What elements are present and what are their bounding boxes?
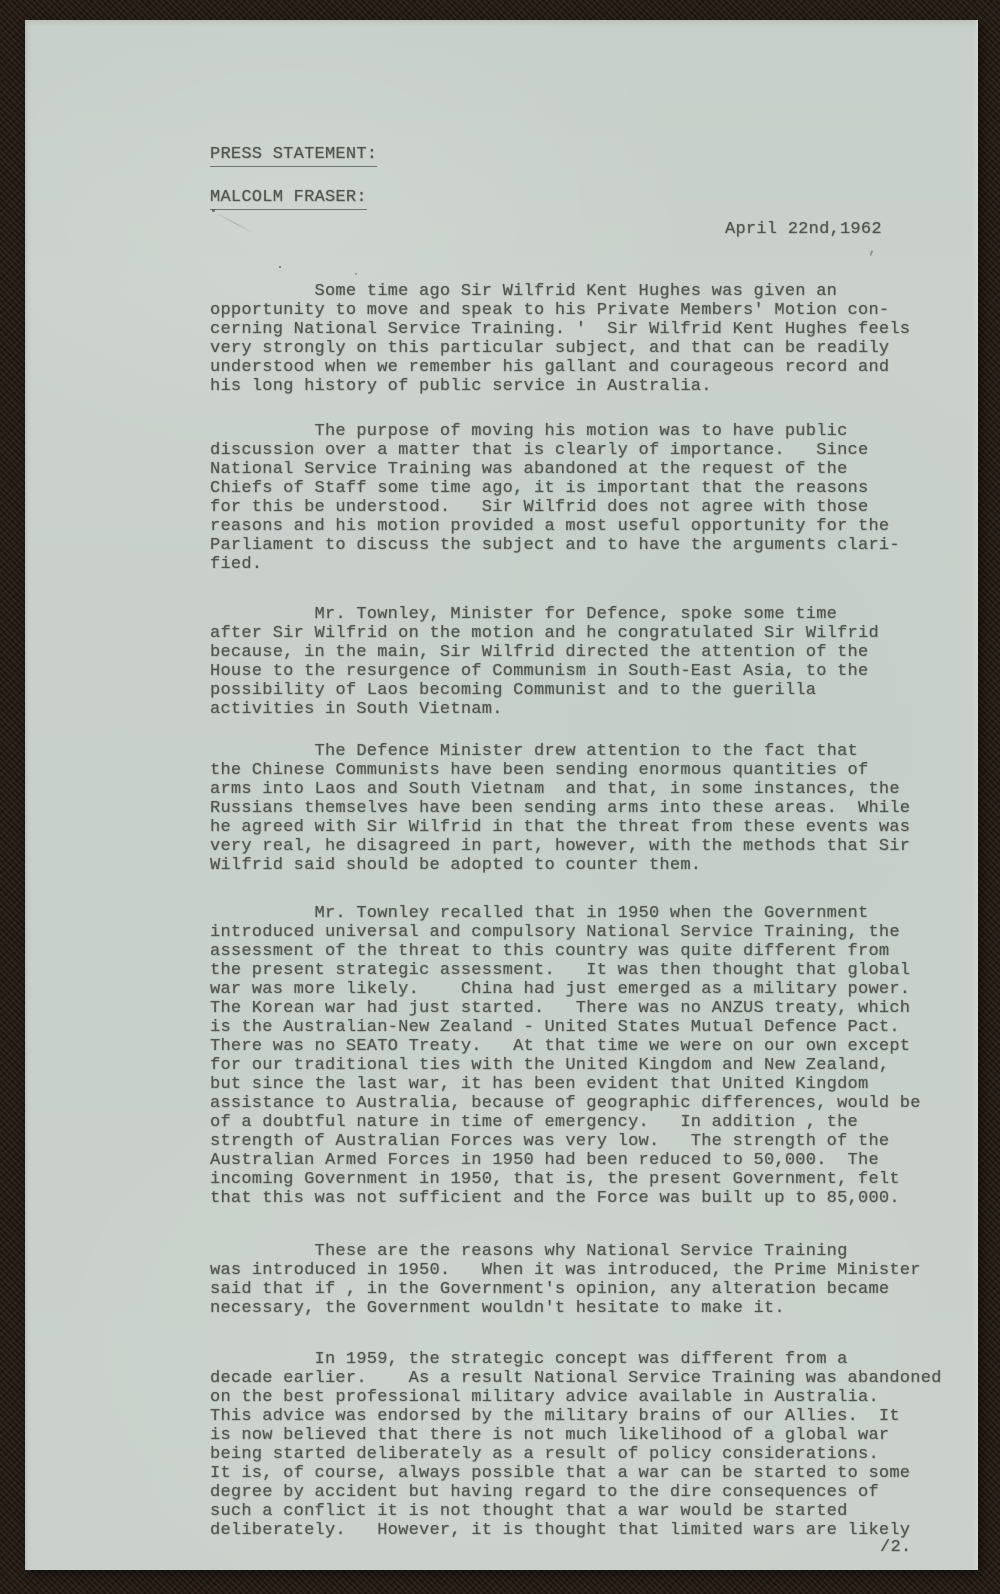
- text-line: that this was not sufficient and the For…: [210, 1189, 921, 1208]
- text-line: very strongly on this particular subject…: [210, 339, 910, 358]
- text-line: arms into Laos and South Vietnam and tha…: [210, 780, 910, 799]
- text-line: his long history of public service in Au…: [210, 377, 910, 396]
- text-line: because, in the main, Sir Wilfrid direct…: [210, 643, 879, 662]
- body-paragraph: Some time ago Sir Wilfrid Kent Hughes wa…: [210, 282, 910, 396]
- text-line: The purpose of moving his motion was to …: [210, 422, 900, 441]
- paper-speckle: [279, 266, 281, 268]
- stray-typewriter-mark: ,: [868, 241, 877, 258]
- text-line: Wilfrid said should be adopted to counte…: [210, 856, 910, 875]
- heading-author-name: MALCOLM FRASER:: [210, 188, 367, 210]
- text-line: assistance to Australia, because of geog…: [210, 1094, 921, 1113]
- text-line: degree by accident but having regard to …: [210, 1483, 942, 1502]
- text-line: In 1959, the strategic concept was diffe…: [210, 1350, 942, 1369]
- text-line: deliberately. However, it is thought tha…: [210, 1521, 942, 1540]
- text-line: after Sir Wilfrid on the motion and he c…: [210, 624, 879, 643]
- text-line: for this be understood. Sir Wilfrid does…: [210, 498, 900, 517]
- text-line: is the Australian-New Zealand - United S…: [210, 1018, 921, 1037]
- text-line: war was more likely. China had just emer…: [210, 980, 921, 999]
- paper-scratch: [215, 212, 256, 234]
- paper-speckle: [355, 273, 357, 275]
- text-line: The Korean war had just started. There w…: [210, 999, 921, 1018]
- text-line: It is, of course, always possible that a…: [210, 1464, 942, 1483]
- body-paragraph: The Defence Minister drew attention to t…: [210, 742, 910, 875]
- text-line: Some time ago Sir Wilfrid Kent Hughes wa…: [210, 282, 910, 301]
- body-paragraph: The purpose of moving his motion was to …: [210, 422, 900, 574]
- paper-sheet: PRESS STATEMENT: MALCOLM FRASER: April 2…: [25, 20, 978, 1570]
- text-line: This advice was endorsed by the military…: [210, 1407, 942, 1426]
- text-line: reasons and his motion provided a most u…: [210, 517, 900, 536]
- heading-press-statement: PRESS STATEMENT:: [210, 145, 377, 167]
- text-line: the present strategic assessment. It was…: [210, 961, 921, 980]
- text-line: said that if , in the Government's opini…: [210, 1280, 921, 1299]
- page-number-marker: /2.: [880, 1538, 911, 1557]
- text-line: but since the last war, it has been evid…: [210, 1075, 921, 1094]
- text-line: activities in South Vietnam.: [210, 700, 879, 719]
- text-line: was introduced in 1950. When it was intr…: [210, 1261, 921, 1280]
- text-line: Parliament to discuss the subject and to…: [210, 536, 900, 555]
- text-line: cerning National Service Training. ' Sir…: [210, 320, 910, 339]
- text-line: The Defence Minister drew attention to t…: [210, 742, 910, 761]
- text-line: he agreed with Sir Wilfrid in that the t…: [210, 818, 910, 837]
- text-line: the Chinese Communists have been sending…: [210, 761, 910, 780]
- body-paragraph: In 1959, the strategic concept was diffe…: [210, 1350, 942, 1540]
- text-line: very real, he disagreed in part, however…: [210, 837, 910, 856]
- date-line: April 22nd,1962: [725, 220, 882, 239]
- text-line: on the best professional military advice…: [210, 1388, 942, 1407]
- text-line: for our traditional ties with the United…: [210, 1056, 921, 1075]
- text-line: decade earlier. As a result National Ser…: [210, 1369, 942, 1388]
- text-line: introduced universal and compulsory Nati…: [210, 923, 921, 942]
- text-line: possibility of Laos becoming Communist a…: [210, 681, 879, 700]
- body-paragraph: These are the reasons why National Servi…: [210, 1242, 921, 1318]
- text-line: assessment of the threat to this country…: [210, 942, 921, 961]
- text-line: These are the reasons why National Servi…: [210, 1242, 921, 1261]
- text-line: There was no SEATO Treaty. At that time …: [210, 1037, 921, 1056]
- text-line: Russians themselves have been sending ar…: [210, 799, 910, 818]
- text-line: such a conflict it is not thought that a…: [210, 1502, 942, 1521]
- text-line: House to the resurgence of Communism in …: [210, 662, 879, 681]
- text-line: is now believed that there is not much l…: [210, 1426, 942, 1445]
- text-line: strength of Australian Forces was very l…: [210, 1132, 921, 1151]
- text-line: being started deliberately as a result o…: [210, 1445, 942, 1464]
- text-line: opportunity to move and speak to his Pri…: [210, 301, 910, 320]
- text-line: Mr. Townley, Minister for Defence, spoke…: [210, 605, 879, 624]
- text-line: necessary, the Government wouldn't hesit…: [210, 1299, 921, 1318]
- text-line: incoming Government in 1950, that is, th…: [210, 1170, 921, 1189]
- text-line: of a doubtful nature in time of emergenc…: [210, 1113, 921, 1132]
- text-line: understood when we remember his gallant …: [210, 358, 910, 377]
- text-line: Chiefs of Staff some time ago, it is imp…: [210, 479, 900, 498]
- text-line: fied.: [210, 555, 900, 574]
- body-paragraph: Mr. Townley, Minister for Defence, spoke…: [210, 605, 879, 719]
- text-line: National Service Training was abandoned …: [210, 460, 900, 479]
- text-line: Mr. Townley recalled that in 1950 when t…: [210, 904, 921, 923]
- body-paragraph: Mr. Townley recalled that in 1950 when t…: [210, 904, 921, 1208]
- text-line: Australian Armed Forces in 1950 had been…: [210, 1151, 921, 1170]
- text-line: discussion over a matter that is clearly…: [210, 441, 900, 460]
